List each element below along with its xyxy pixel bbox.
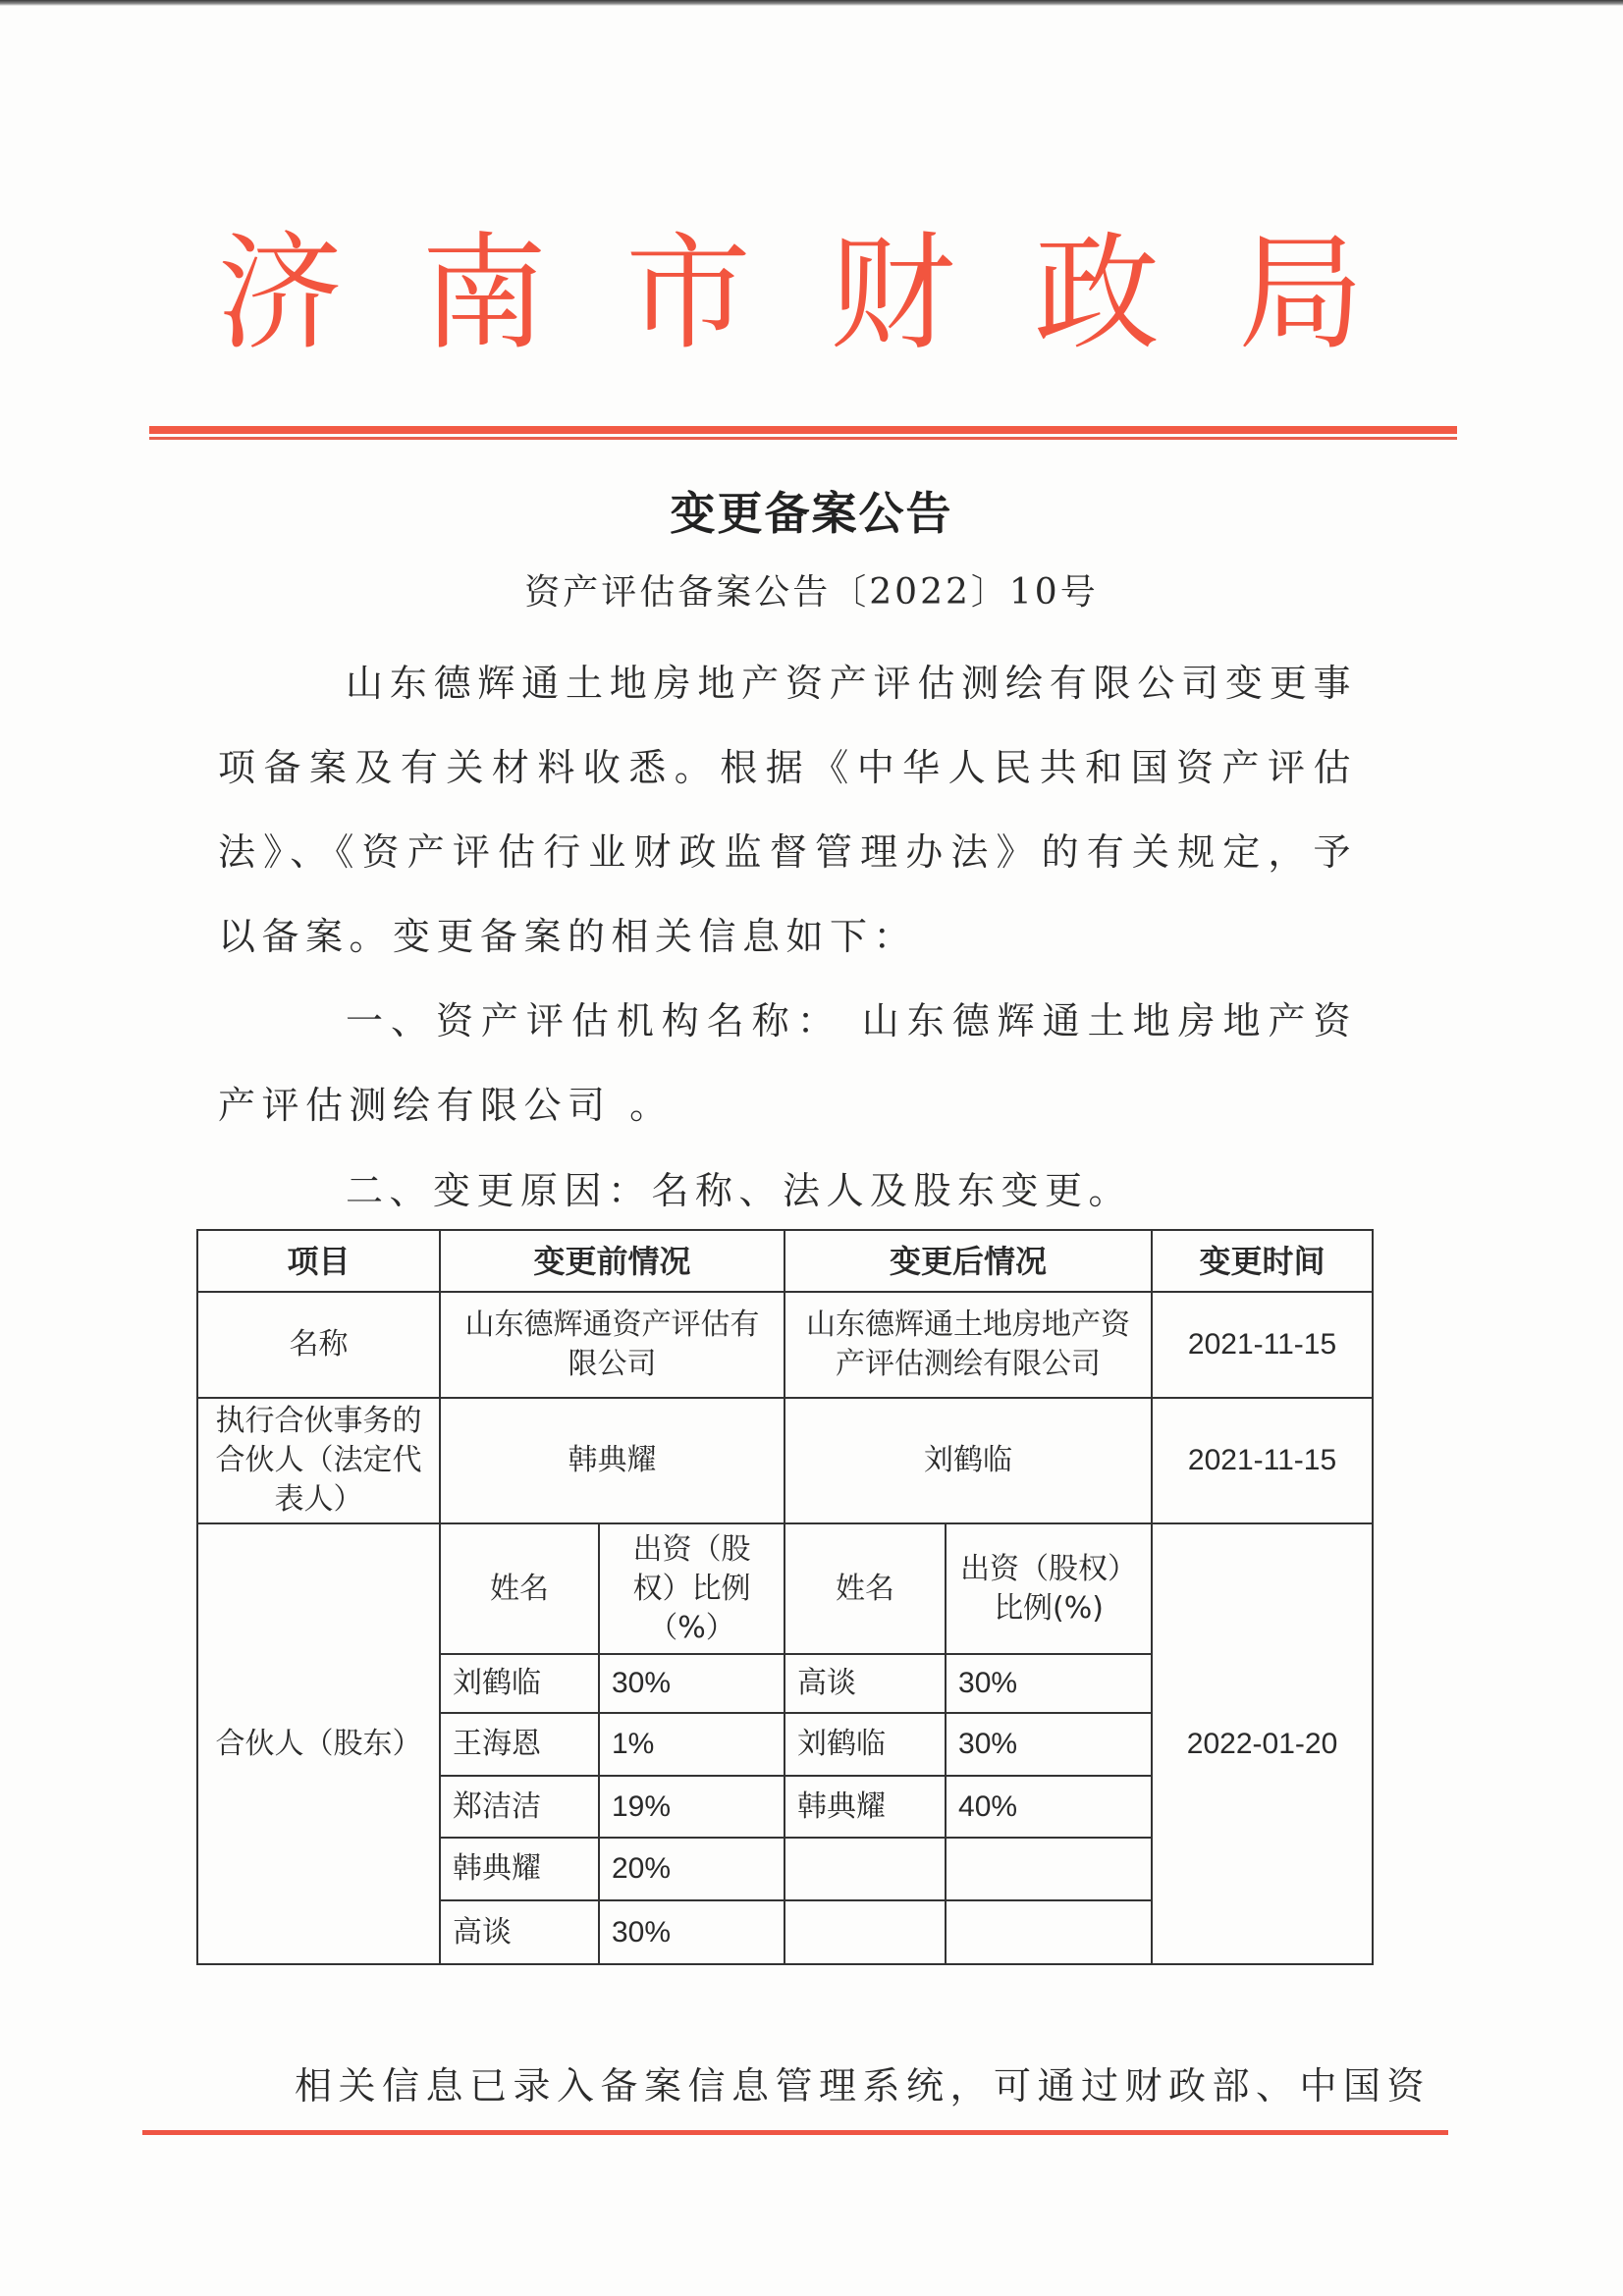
header-divider-thick [149, 426, 1457, 434]
subheader-before-ratio: 出资（股权）比例（%） [599, 1523, 784, 1654]
header-item: 项目 [197, 1230, 440, 1292]
partner-after-ratio [946, 1838, 1152, 1900]
partner-before-name: 王海恩 [440, 1713, 599, 1776]
body-paragraph-closing: 相关信息已录入备案信息管理系统，可通过财政部、中国资 [218, 2044, 1357, 2128]
masthead-char: 南 [410, 221, 558, 368]
header-date: 变更时间 [1152, 1230, 1373, 1292]
masthead-char: 市 [615, 221, 762, 368]
cell-after: 山东德辉通土地房地产资产评估测绘有限公司 [784, 1292, 1152, 1398]
cell-after: 刘鹤临 [784, 1398, 1152, 1523]
scan-edge [0, 0, 1623, 6]
table-header-row: 项目 变更前情况 变更后情况 变更时间 [197, 1230, 1373, 1292]
document-title: 变更备案公告 [0, 478, 1623, 543]
masthead-char: 局 [1227, 221, 1375, 368]
cell-date: 2022-01-20 [1152, 1523, 1373, 1964]
partner-before-name: 刘鹤临 [440, 1654, 599, 1713]
cell-date: 2021-11-15 [1152, 1292, 1373, 1398]
partner-after-ratio [946, 1900, 1152, 1964]
partner-after-ratio: 40% [946, 1776, 1152, 1838]
partner-before-ratio: 30% [599, 1900, 784, 1964]
footer-divider [142, 2130, 1448, 2135]
masthead-char: 政 [1023, 221, 1170, 368]
masthead-char: 济 [206, 221, 353, 368]
table-row-legal-rep: 执行合伙事务的合伙人（法定代表人） 韩典耀 刘鹤临 2021-11-15 [197, 1398, 1373, 1523]
cell-item: 合伙人（股东） [197, 1523, 440, 1964]
partner-after-name [784, 1838, 946, 1900]
subheader-before-name: 姓名 [440, 1523, 599, 1654]
partner-before-name: 郑洁洁 [440, 1776, 599, 1838]
partner-after-name [784, 1900, 946, 1964]
subheader-after-name: 姓名 [784, 1523, 946, 1654]
partner-after-ratio: 30% [946, 1654, 1152, 1713]
masthead-char: 财 [819, 221, 966, 368]
subheader-after-ratio: 出资（股权）比例(%) [946, 1523, 1152, 1654]
cell-item: 执行合伙事务的合伙人（法定代表人） [197, 1398, 440, 1523]
partner-after-name: 高谈 [784, 1654, 946, 1713]
change-record-table: 项目 变更前情况 变更后情况 变更时间 名称 山东德辉通资产评估有限公司 山东德… [196, 1229, 1374, 1965]
body-paragraph-intro: 山东德辉通土地房地产资产评估测绘有限公司变更事项备案及有关材料收悉。根据《中华人… [218, 641, 1357, 979]
table-row-name: 名称 山东德辉通资产评估有限公司 山东德辉通土地房地产资产评估测绘有限公司 20… [197, 1292, 1373, 1398]
header-after: 变更后情况 [784, 1230, 1152, 1292]
partner-before-name: 韩典耀 [440, 1838, 599, 1900]
document-number: 资产评估备案公告〔2022〕10号 [0, 564, 1623, 614]
cell-date: 2021-11-15 [1152, 1398, 1373, 1523]
body-paragraph-reason: 二、变更原因：名称、法人及股东变更。 [218, 1148, 1357, 1233]
partner-after-ratio: 30% [946, 1713, 1152, 1776]
partner-before-name: 高谈 [440, 1900, 599, 1964]
header-divider-thin [149, 437, 1457, 440]
table-row-partners-header: 合伙人（股东） 姓名 出资（股权）比例（%） 姓名 出资（股权）比例(%) 20… [197, 1523, 1373, 1654]
cell-before: 山东德辉通资产评估有限公司 [440, 1292, 784, 1398]
partner-before-ratio: 30% [599, 1654, 784, 1713]
partner-before-ratio: 19% [599, 1776, 784, 1838]
partner-after-name: 韩典耀 [784, 1776, 946, 1838]
partner-before-ratio: 1% [599, 1713, 784, 1776]
cell-before: 韩典耀 [440, 1398, 784, 1523]
partner-before-ratio: 20% [599, 1838, 784, 1900]
masthead-title: 济 南 市 财 政 局 [206, 221, 1375, 368]
cell-item: 名称 [197, 1292, 440, 1398]
partner-after-name: 刘鹤临 [784, 1713, 946, 1776]
header-before: 变更前情况 [440, 1230, 784, 1292]
body-paragraph-institution: 一、资产评估机构名称： 山东德辉通土地房地产资产评估测绘有限公司 。 [218, 979, 1357, 1148]
